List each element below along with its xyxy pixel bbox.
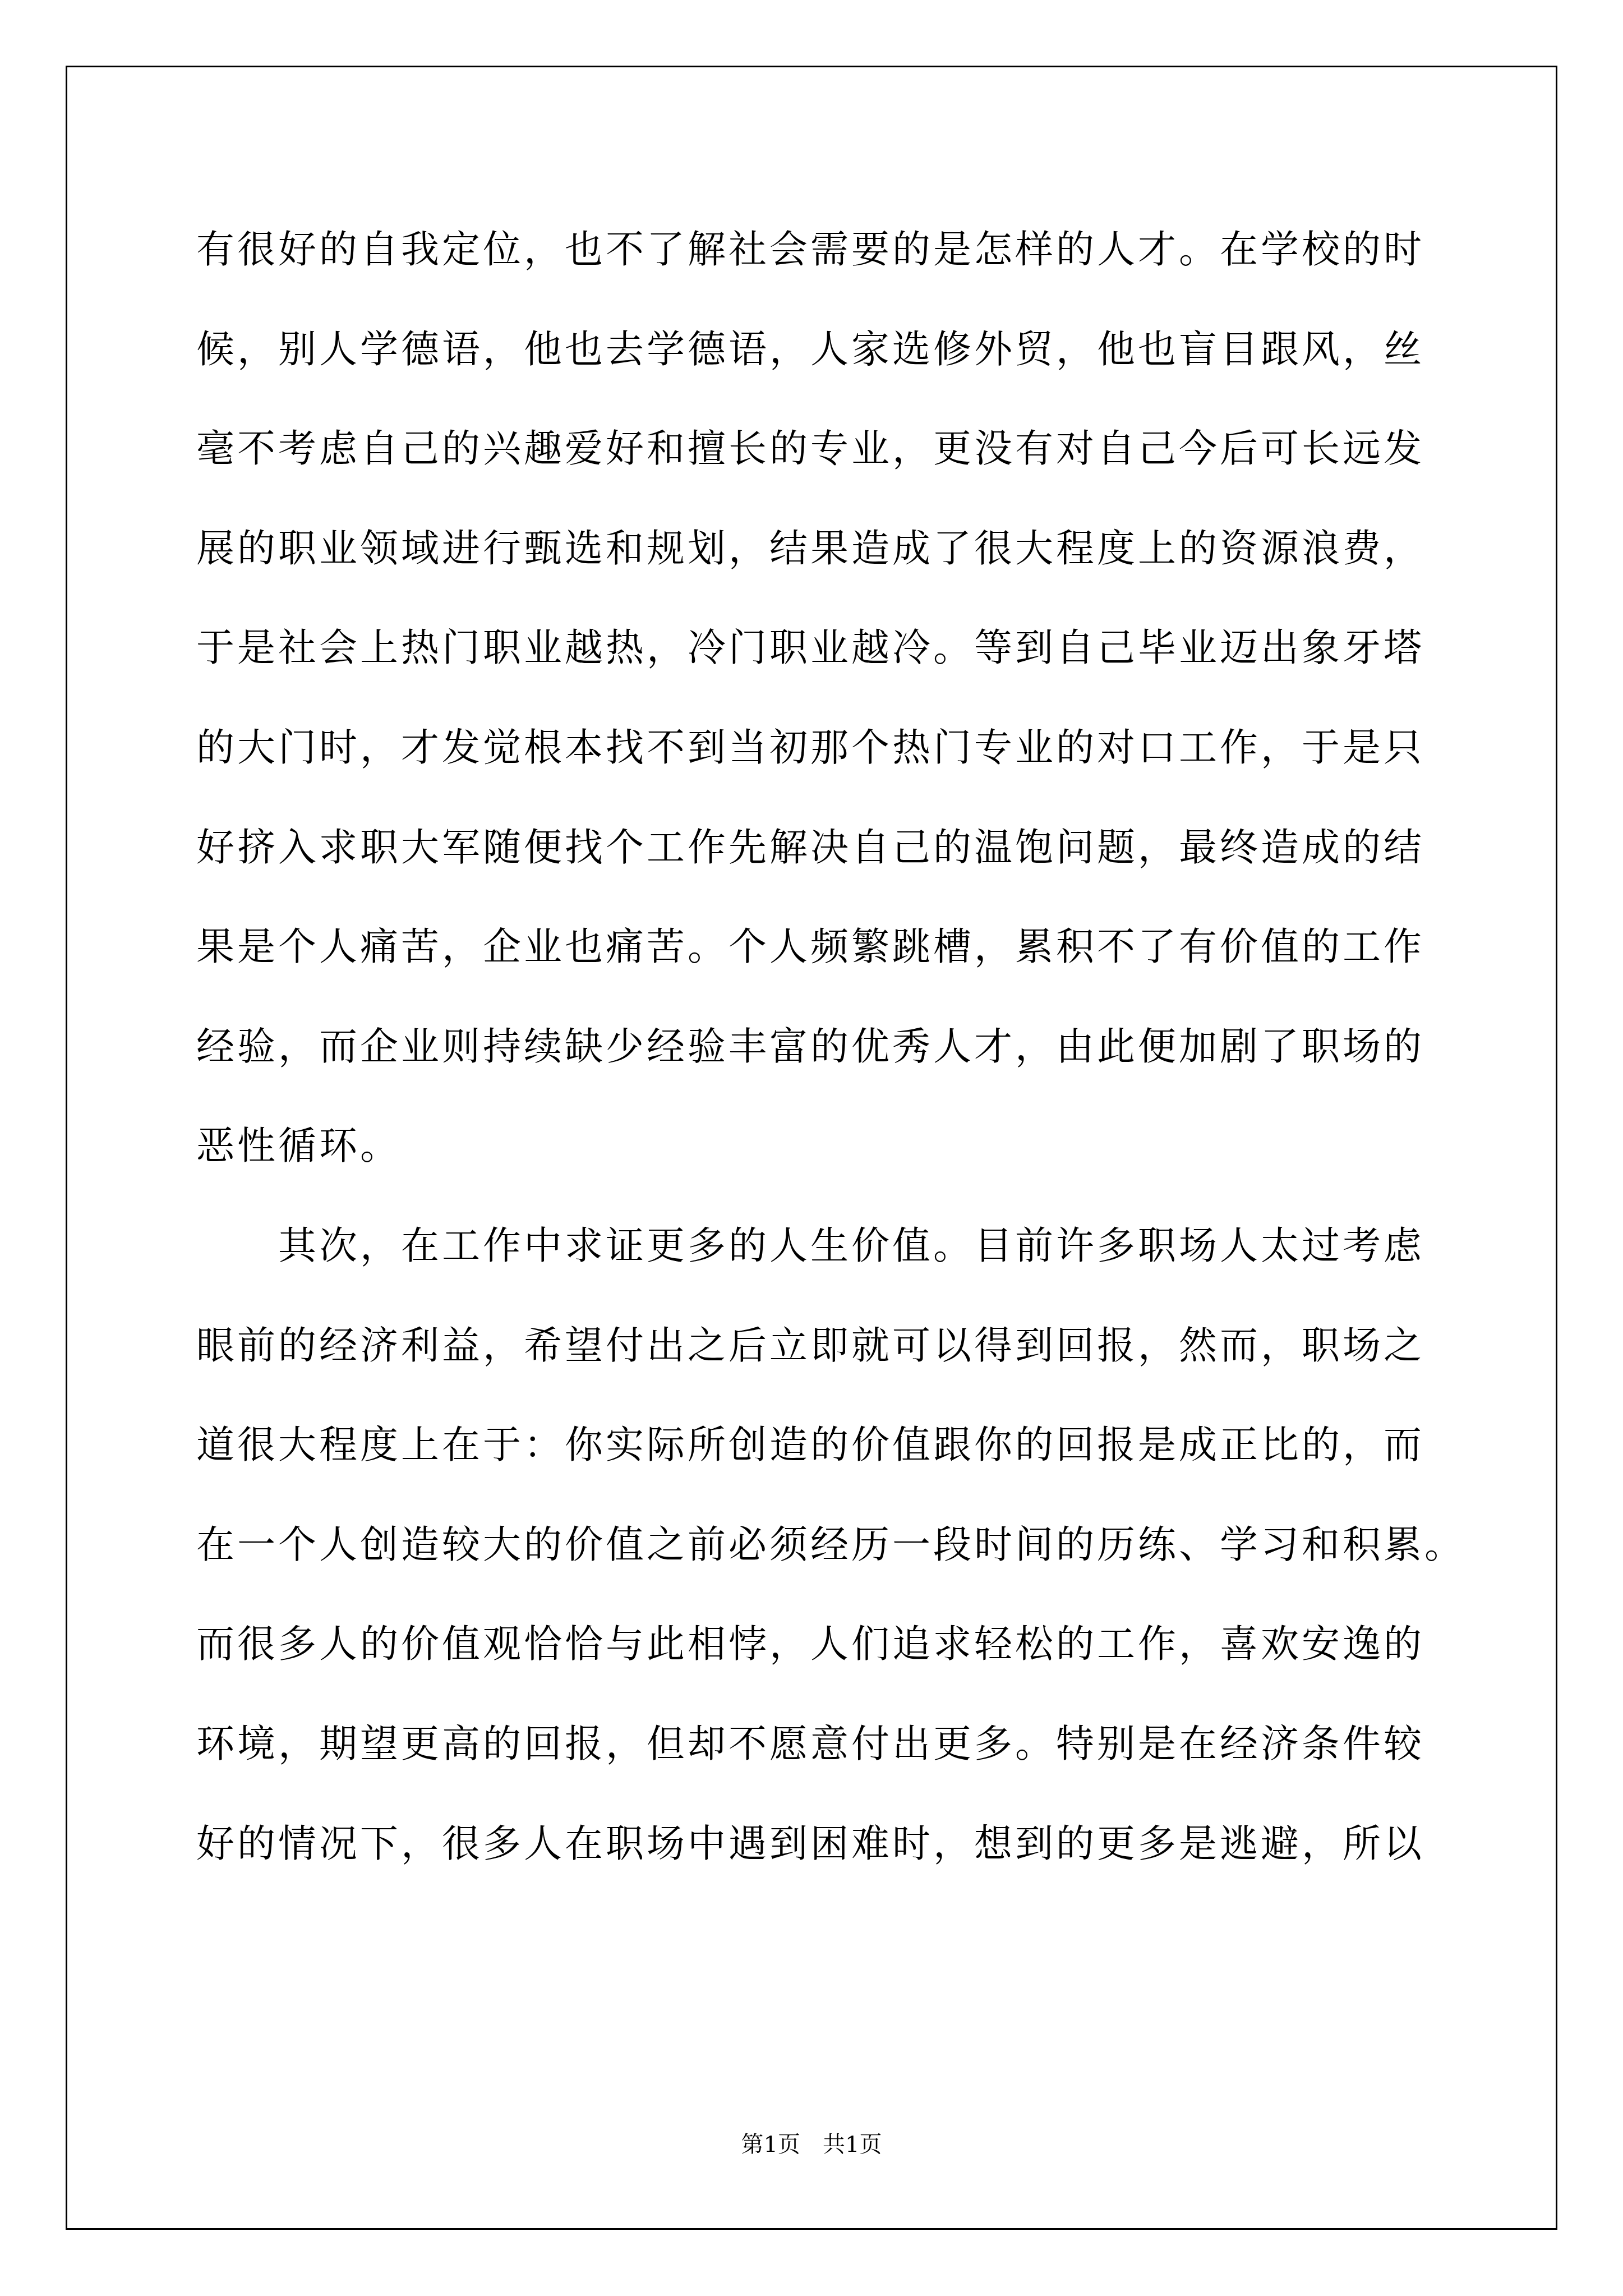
text-line: 好挤入求职大军随便找个工作先解决自己的温饱问题，最终造成的结 [196, 798, 1430, 898]
text-line: 环境，期望更高的回报，但却不愿意付出更多。特别是在经济条件较 [196, 1695, 1430, 1795]
text-line: 眼前的经济利益，希望付出之后立即就可以得到回报，然而，职场之 [196, 1296, 1430, 1396]
text-line: 毫不考虑自己的兴趣爱好和擅长的专业，更没有对自己今后可长远发 [196, 399, 1430, 499]
text-line: 的大门时，才发觉根本找不到当初那个热门专业的对口工作，于是只 [196, 698, 1430, 798]
text-line: 在一个人创造较大的价值之前必须经历一段时间的历练、学习和积累。 [196, 1496, 1430, 1595]
text-line: 好的情况下，很多人在职场中遇到困难时，想到的更多是逃避，所以 [196, 1795, 1430, 1894]
document-body: 有很好的自我定位，也不了解社会需要的是怎样的人才。在学校的时 候，别人学德语，他… [196, 200, 1430, 1894]
text-line: 果是个人痛苦，企业也痛苦。个人频繁跳槽，累积不了有价值的工作 [196, 898, 1430, 997]
paragraph-1: 有很好的自我定位，也不了解社会需要的是怎样的人才。在学校的时 候，别人学德语，他… [196, 200, 1430, 1197]
text-line: 展的职业领域进行甄选和规划，结果造成了很大程度上的资源浪费， [196, 499, 1430, 599]
paragraph-2: 其次，在工作中求证更多的人生价值。目前许多职场人太过考虑 眼前的经济利益，希望付… [196, 1197, 1430, 1894]
text-line: 恶性循环。 [196, 1097, 1430, 1197]
text-line: 而很多人的价值观恰恰与此相悖，人们追求轻松的工作，喜欢安逸的 [196, 1595, 1430, 1695]
page-number-footer: 第1页 共1页 [0, 2129, 1623, 2160]
text-line: 有很好的自我定位，也不了解社会需要的是怎样的人才。在学校的时 [196, 200, 1430, 300]
text-line: 于是社会上热门职业越热，冷门职业越冷。等到自己毕业迈出象牙塔 [196, 599, 1430, 698]
text-line: 经验，而企业则持续缺少经验丰富的优秀人才，由此便加剧了职场的 [196, 997, 1430, 1097]
text-line-indented: 其次，在工作中求证更多的人生价值。目前许多职场人太过考虑 [196, 1197, 1430, 1296]
text-line: 道很大程度上在于：你实际所创造的价值跟你的回报是成正比的，而 [196, 1396, 1430, 1496]
text-line: 候，别人学德语，他也去学德语，人家选修外贸，他也盲目跟风，丝 [196, 300, 1430, 400]
